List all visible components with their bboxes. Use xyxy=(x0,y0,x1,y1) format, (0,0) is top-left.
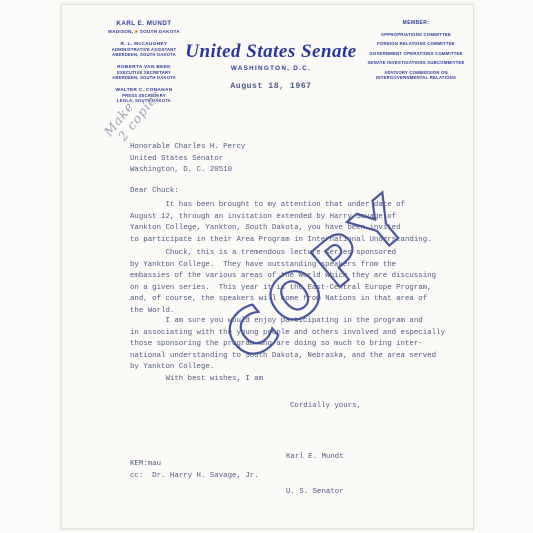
salutation: Dear Chuck: xyxy=(130,186,179,198)
committee-item: FOREIGN RELATIONS COMMITTEE xyxy=(353,41,479,46)
cc-line: cc: Dr. Harry H. Savage, Jr. xyxy=(130,471,259,483)
committee-item: GOVERNMENT OPERATIONS COMMITTEE xyxy=(353,51,479,56)
signature-title: U. S. Senator xyxy=(286,487,344,499)
senator-state: SOUTH DAKOTA xyxy=(140,29,180,34)
body-paragraph: Chuck, this is a tremendous lecture seri… xyxy=(130,248,464,318)
star-icon: ★ xyxy=(134,29,138,34)
signature-block: Karl E. Mundt U. S. Senator xyxy=(286,429,344,522)
senator-city-line: MADISON,★SOUTH DAKOTA xyxy=(84,29,204,35)
member-label: MEMBER: xyxy=(353,20,479,26)
committee-item: ADVISORY COMMISSION ON INTERGOVERNMENTAL… xyxy=(353,70,479,80)
letterhead-committees-block: MEMBER: APPROPRIATIONS COMMITTEE FOREIGN… xyxy=(353,20,479,84)
committee-item: SENATE INVESTIGATIONS SUBCOMMITTEE xyxy=(353,60,479,65)
committee-item: APPROPRIATIONS COMMITTEE xyxy=(353,32,479,37)
valediction: Cordially yours, xyxy=(290,401,361,413)
reference-initials: KEM:mau xyxy=(130,459,161,471)
senator-name: KARL E. MUNDT xyxy=(84,20,204,27)
recipient-address: Honorable Charles H. Percy United States… xyxy=(130,142,330,177)
senator-city: MADISON, xyxy=(108,29,133,34)
signature-name: Karl E. Mundt xyxy=(286,452,344,464)
scanned-letter-paper: KARL E. MUNDT MADISON,★SOUTH DAKOTA R. L… xyxy=(61,4,474,529)
body-paragraph: I am sure you would enjoy participating … xyxy=(130,316,464,374)
closing-line: With best wishes, I am xyxy=(130,374,430,386)
body-paragraph: It has been brought to my attention that… xyxy=(130,200,464,246)
